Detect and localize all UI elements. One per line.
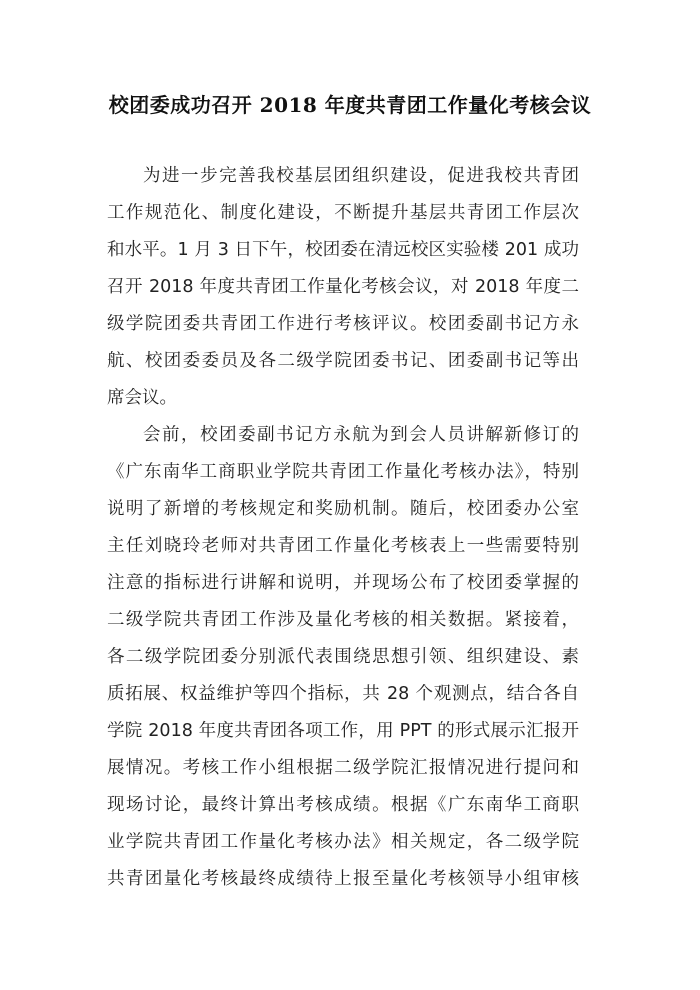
paragraph-1: 为进一步完善我校基层团组织建设，促进我校共青团 工作规范化、制度化建设，不断提升… bbox=[107, 158, 579, 417]
text-line: 为进一步完善我校基层团组织建设，促进我校共青团 bbox=[107, 158, 579, 195]
document-body: 为进一步完善我校基层团组织建设，促进我校共青团 工作规范化、制度化建设，不断提升… bbox=[107, 158, 579, 898]
text-line: 现场讨论，最终计算出考核成绩。根据《广东南华工商职 bbox=[107, 787, 579, 824]
text-line: 展情况。考核工作小组根据二级学院汇报情况进行提问和 bbox=[107, 750, 579, 787]
text-line: 主任刘晓玲老师对共青团工作量化考核表上一些需要特别 bbox=[107, 528, 579, 565]
text-line: 航、校团委委员及各二级学院团委书记、团委副书记等出 bbox=[107, 343, 579, 380]
text-line: 工作规范化、制度化建设，不断提升基层共青团工作层次 bbox=[107, 195, 579, 232]
text-line: 会前，校团委副书记方永航为到会人员讲解新修订的 bbox=[107, 417, 579, 454]
text-line: 和水平。1 月 3 日下午，校团委在清远校区实验楼 201 成功 bbox=[107, 232, 579, 269]
text-line: 说明了新增的考核规定和奖励机制。随后，校团委办公室 bbox=[107, 491, 579, 528]
document-title: 校团委成功召开 2018 年度共青团工作量化考核会议 bbox=[0, 90, 700, 120]
text-line: 共青团量化考核最终成绩待上报至量化考核领导小组审核 bbox=[107, 861, 579, 898]
document-page: 校团委成功召开 2018 年度共青团工作量化考核会议 为进一步完善我校基层团组织… bbox=[0, 0, 700, 990]
text-line: 注意的指标进行讲解和说明，并现场公布了校团委掌握的 bbox=[107, 565, 579, 602]
text-line: 席会议。 bbox=[107, 380, 579, 417]
paragraph-2: 会前，校团委副书记方永航为到会人员讲解新修订的 《广东南华工商职业学院共青团工作… bbox=[107, 417, 579, 898]
text-line: 学院 2018 年度共青团各项工作，用 PPT 的形式展示汇报开 bbox=[107, 713, 579, 750]
text-line: 《广东南华工商职业学院共青团工作量化考核办法》，特别 bbox=[107, 454, 579, 491]
text-line: 质拓展、权益维护等四个指标，共 28 个观测点，结合各自 bbox=[107, 676, 579, 713]
text-line: 各二级学院团委分别派代表围绕思想引领、组织建设、素 bbox=[107, 639, 579, 676]
text-line: 业学院共青团工作量化考核办法》相关规定，各二级学院 bbox=[107, 824, 579, 861]
text-line: 级学院团委共青团工作进行考核评议。校团委副书记方永 bbox=[107, 306, 579, 343]
text-line: 召开 2018 年度共青团工作量化考核会议，对 2018 年度二 bbox=[107, 269, 579, 306]
text-line: 二级学院共青团工作涉及量化考核的相关数据。紧接着， bbox=[107, 602, 579, 639]
